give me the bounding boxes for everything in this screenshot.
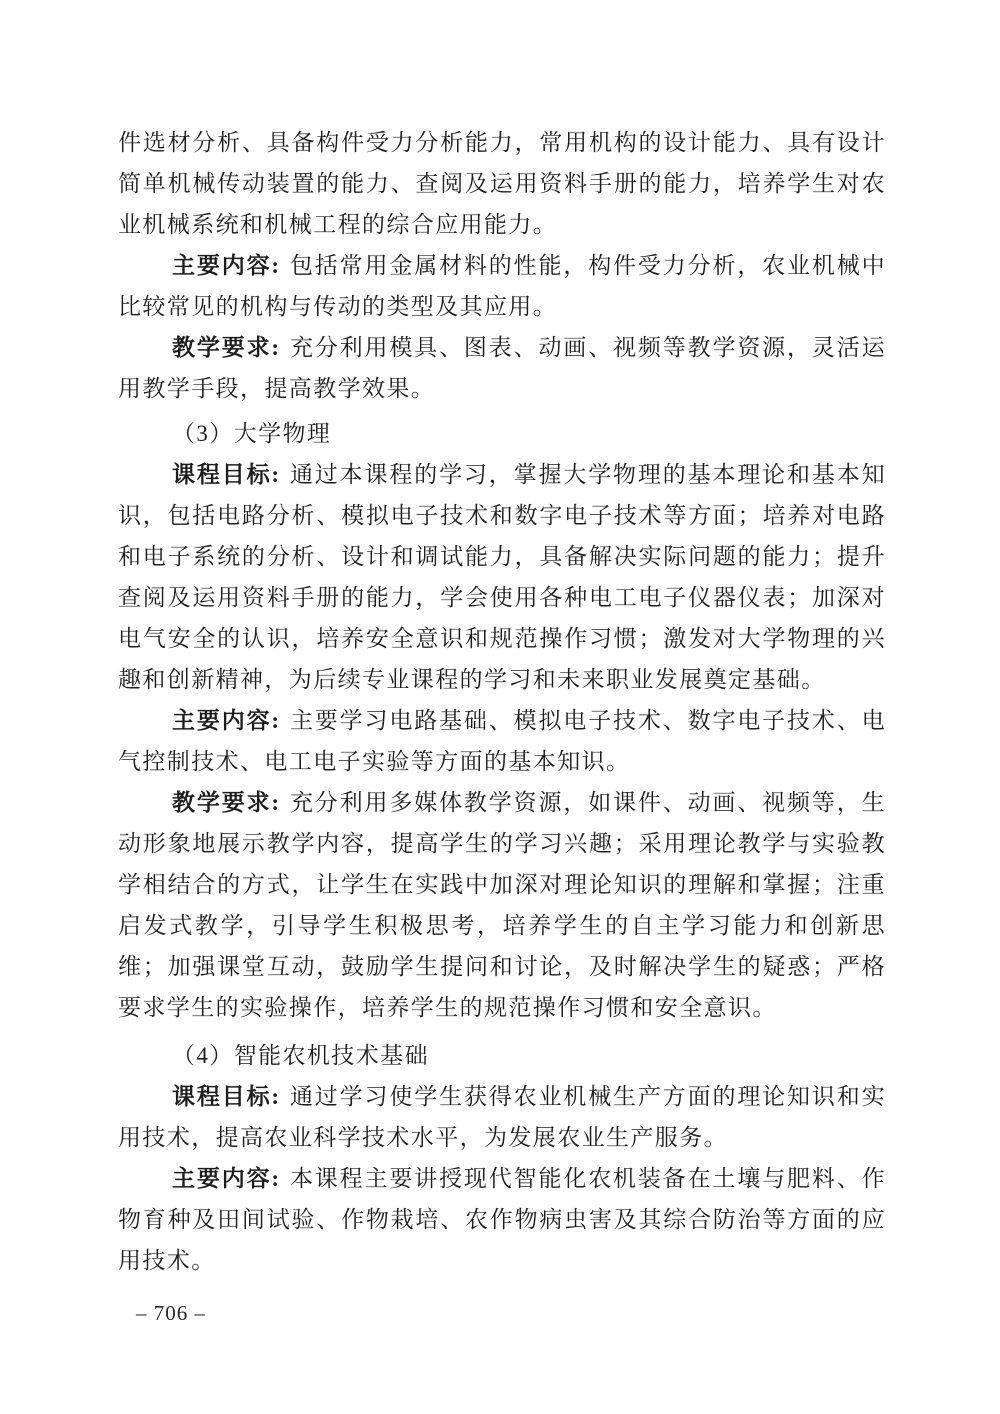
paragraph-label: 主要内容:	[172, 253, 280, 278]
section-heading-text: （4）智能农机技术基础	[172, 1043, 429, 1068]
section-heading-3: （3）大学物理	[118, 413, 886, 454]
paragraph-label: 教学要求:	[172, 335, 280, 360]
paragraph-text: 通过本课程的学习，掌握大学物理的基本理论和基本知识，包括电路分析、模拟电子技术和…	[118, 462, 886, 692]
paragraph-main-content-3: 主要内容:主要学习电路基础、模拟电子技术、数字电子技术、电气控制技术、电工电子实…	[118, 700, 886, 782]
paragraph-label: 教学要求:	[172, 790, 280, 815]
paragraph-text: 充分利用多媒体教学资源，如课件、动画、视频等，生动形象地展示教学内容，提高学生的…	[118, 790, 886, 1020]
paragraph-label: 课程目标:	[172, 462, 280, 487]
paragraph-teaching-req-3: 教学要求:充分利用多媒体教学资源，如课件、动画、视频等，生动形象地展示教学内容，…	[118, 782, 886, 1028]
page-body-text: 件选材分析、具备构件受力分析能力，常用机构的设计能力、具有设计简单机械传动装置的…	[118, 122, 886, 1281]
paragraph-main-content-1: 主要内容:包括常用金属材料的性能，构件受力分析，农业机械中比较常见的机构与传动的…	[118, 245, 886, 327]
paragraph-teaching-req-1: 教学要求:充分利用模具、图表、动画、视频等教学资源，灵活运用教学手段，提高教学效…	[118, 327, 886, 409]
section-heading-text: （3）大学物理	[172, 421, 331, 446]
paragraph-course-goal-4: 课程目标:通过学习使学生获得农业机械生产方面的理论知识和实用技术，提高农业科学技…	[118, 1076, 886, 1158]
paragraph-continuation: 件选材分析、具备构件受力分析能力，常用机构的设计能力、具有设计简单机械传动装置的…	[118, 122, 886, 245]
document-page: 件选材分析、具备构件受力分析能力，常用机构的设计能力、具有设计简单机械传动装置的…	[0, 0, 1000, 1414]
paragraph-text: 件选材分析、具备构件受力分析能力，常用机构的设计能力、具有设计简单机械传动装置的…	[118, 130, 886, 237]
paragraph-label: 课程目标:	[172, 1084, 280, 1109]
paragraph-course-goal-3: 课程目标:通过本课程的学习，掌握大学物理的基本理论和基本知识，包括电路分析、模拟…	[118, 454, 886, 700]
paragraph-main-content-4: 主要内容:本课程主要讲授现代智能化农机装备在土壤与肥料、作物育种及田间试验、作物…	[118, 1158, 886, 1281]
paragraph-label: 主要内容:	[172, 1166, 280, 1191]
paragraph-label: 主要内容:	[172, 708, 280, 733]
section-heading-4: （4）智能农机技术基础	[118, 1035, 886, 1076]
page-number: – 706 –	[136, 1301, 206, 1326]
